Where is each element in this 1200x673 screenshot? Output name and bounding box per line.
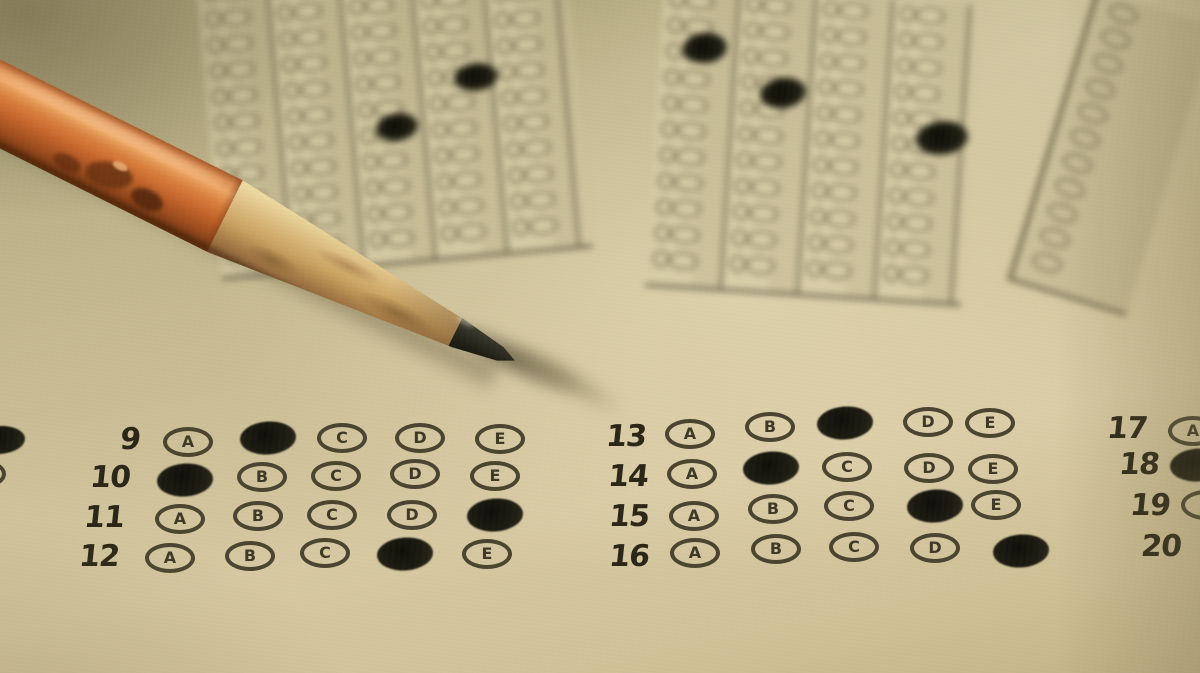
bubble-13-E: E bbox=[965, 408, 1015, 438]
marked-bubble-11-E bbox=[466, 497, 524, 534]
bubble-9-A: A bbox=[163, 427, 213, 457]
bubble-12-A: A bbox=[145, 543, 195, 573]
marked-bubble-18-A bbox=[1169, 447, 1200, 484]
question-number-15: 15 bbox=[608, 502, 651, 532]
bubble-10-E: E bbox=[470, 461, 520, 491]
bubble-11-C: C bbox=[307, 500, 357, 530]
marked-bubble-9-B bbox=[239, 420, 297, 457]
marked-bubble-12-D bbox=[376, 536, 434, 573]
bubble-14-A: A bbox=[667, 459, 717, 489]
question-number-20: 20 bbox=[1140, 532, 1183, 562]
bubble-15-E: E bbox=[971, 490, 1021, 520]
bubble-13-D: D bbox=[903, 407, 953, 437]
bubble-16-D: D bbox=[910, 533, 960, 563]
bubble-16-A: A bbox=[670, 538, 720, 568]
question-number-18: 18 bbox=[1118, 450, 1161, 480]
question-number-10: 10 bbox=[89, 463, 132, 493]
bubble-10-C: C bbox=[311, 461, 361, 491]
question-number-19: 19 bbox=[1129, 491, 1172, 521]
bubble-10-B: B bbox=[237, 462, 287, 492]
question-number-11: 11 bbox=[83, 503, 126, 533]
edge-bubble-outline bbox=[0, 460, 6, 488]
bubble-12-C: C bbox=[300, 538, 350, 568]
marked-bubble-15-D bbox=[906, 488, 964, 525]
bubble-9-E: E bbox=[475, 424, 525, 454]
answer-rows: 9ACDE10BCDE11ABCD12ABCE13ABDE14ACDE15ABC… bbox=[0, 0, 1200, 673]
marked-bubble-14-B bbox=[742, 450, 800, 487]
photo-answer-sheet: 9ACDE10BCDE11ABCD12ABCE13ABDE14ACDE15ABC… bbox=[0, 0, 1200, 673]
bubble-12-B: B bbox=[225, 541, 275, 571]
bubble-9-C: C bbox=[317, 423, 367, 453]
marked-bubble-16-E bbox=[992, 533, 1050, 570]
bubble-14-C: C bbox=[822, 452, 872, 482]
question-number-16: 16 bbox=[608, 542, 651, 572]
bubble-15-C: C bbox=[824, 491, 874, 521]
bubble-16-C: C bbox=[829, 532, 879, 562]
bubble-13-A: A bbox=[665, 419, 715, 449]
bubble-10-D: D bbox=[390, 459, 440, 489]
bubble-14-E: E bbox=[968, 454, 1018, 484]
bubble-12-E: E bbox=[462, 539, 512, 569]
question-number-13: 13 bbox=[605, 422, 648, 452]
bubble-16-B: B bbox=[751, 534, 801, 564]
question-number-14: 14 bbox=[607, 462, 650, 492]
bubble-11-A: A bbox=[155, 504, 205, 534]
marked-bubble-13-C bbox=[816, 405, 874, 442]
bubble-14-D: D bbox=[904, 453, 954, 483]
bubble-11-B: B bbox=[233, 501, 283, 531]
bubble-17-A: A bbox=[1168, 416, 1200, 446]
marked-bubble-10-A bbox=[156, 462, 214, 499]
bubble-11-D: D bbox=[387, 500, 437, 530]
bubble-15-A: A bbox=[669, 501, 719, 531]
bubble-9-D: D bbox=[395, 423, 445, 453]
bubble-19-A: A bbox=[1181, 490, 1200, 520]
bubble-15-B: B bbox=[748, 494, 798, 524]
question-number-12: 12 bbox=[78, 542, 121, 572]
edge-marked-bubble bbox=[0, 424, 26, 455]
question-number-17: 17 bbox=[1106, 414, 1149, 444]
bubble-13-B: B bbox=[745, 412, 795, 442]
question-number-9: 9 bbox=[119, 425, 142, 455]
